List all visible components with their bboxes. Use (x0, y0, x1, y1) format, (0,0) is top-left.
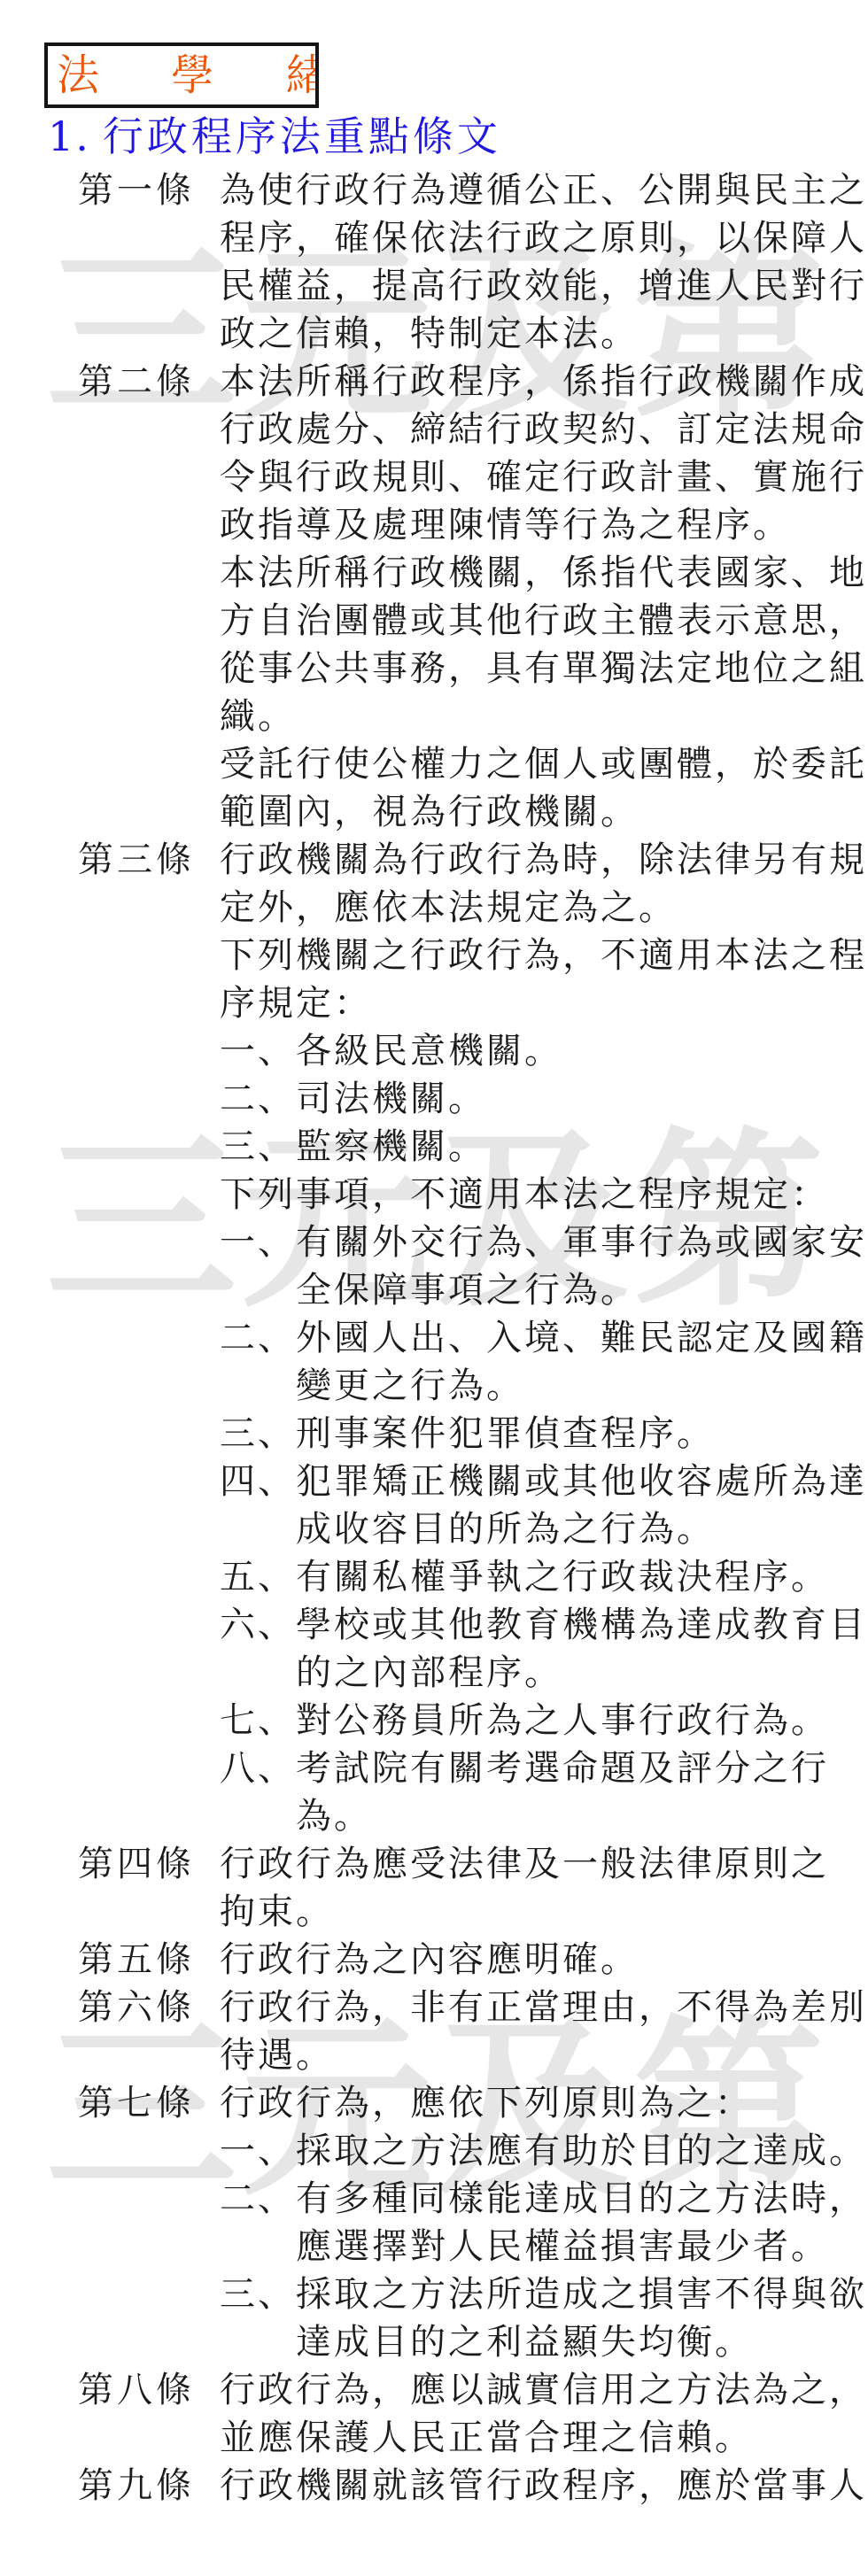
article-text: 程序，確保依法行政之原則，以保障人 (220, 214, 867, 262)
document-line: 應選擇對人民權益損害最少者。 (0, 2223, 868, 2270)
document-line: 第四條行政行為應受法律及一般法律原則之 (0, 1840, 868, 1888)
document-line: 本法所稱行政機關，係指代表國家、地 (0, 549, 868, 597)
article-text: 下列機關之行政行為，不適用本法之程 (220, 932, 867, 979)
article-number: 第四條 (78, 1840, 195, 1888)
page-title: 法 學 緒 論 (48, 46, 315, 104)
document-line: 方自治團體或其他行政主體表示意思， (0, 597, 868, 645)
document-line: 定外，應依本法規定為之。 (0, 884, 868, 932)
document-line: 政指導及處理陳情等行為之程序。 (0, 501, 868, 549)
article-text: 的之內部程序。 (296, 1649, 562, 1697)
document-line: 二、司法機關。 (0, 1075, 868, 1123)
article-number: 第一條 (78, 166, 195, 214)
article-text: 行政機關就該管行政程序，應於當事人 (220, 2462, 867, 2510)
article-text: 三、監察機關。 (220, 1123, 486, 1171)
document-line: 織。 (0, 692, 868, 740)
article-text: 定外，應依本法規定為之。 (220, 884, 677, 932)
document-content: 法 學 緒 論 1.行政程序法重點條文 第一條為使行政行為遵循公正、公開與民主之… (0, 0, 868, 2576)
article-text: 行政處分、締結行政契約、訂定法規命 (220, 406, 867, 453)
article-text: 行政行為應受法律及一般法律原則之 (220, 1840, 829, 1888)
article-text: 行政行為，應依下列原則為之： (220, 2079, 753, 2127)
document-line: 序規定： (0, 979, 868, 1027)
article-text: 待遇。 (220, 2031, 334, 2079)
document-line: 第五條行政行為之內容應明確。 (0, 1936, 868, 1984)
article-text: 並應保護人民正當合理之信賴。 (220, 2414, 753, 2462)
article-text: 從事公共事務，具有單獨法定地位之組 (220, 645, 867, 692)
document-line: 第一條為使行政行為遵循公正、公開與民主之 (0, 166, 868, 214)
document-line: 令與行政規則、確定行政計畫、實施行 (0, 453, 868, 501)
scanned-document-page: 三元及第三元及第三元及第 法 學 緒 論 1.行政程序法重點條文 第一條為使行政… (0, 0, 868, 2576)
document-line: 從事公共事務，具有單獨法定地位之組 (0, 645, 868, 692)
article-text: 三、刑事案件犯罪偵查程序。 (220, 1410, 715, 1458)
article-lines: 第一條為使行政行為遵循公正、公開與民主之程序，確保依法行政之原則，以保障人民權益… (0, 166, 868, 2510)
article-number: 第五條 (78, 1936, 195, 1984)
article-text: 一、有關外交行為、軍事行為或國家安 (220, 1218, 867, 1266)
article-text: 變更之行為。 (296, 1362, 524, 1410)
article-text: 行政行為之內容應明確。 (220, 1936, 639, 1984)
document-line: 受託行使公權力之個人或團體，於委託 (0, 740, 868, 788)
article-text: 令與行政規則、確定行政計畫、實施行 (220, 453, 867, 501)
document-line: 全保障事項之行為。 (0, 1266, 868, 1314)
document-line: 第二條本法所稱行政程序，係指行政機關作成 (0, 358, 868, 406)
document-line: 民權益，提高行政效能，增進人民對行 (0, 262, 868, 310)
article-text: 拘束。 (220, 1888, 334, 1936)
document-line: 一、有關外交行為、軍事行為或國家安 (0, 1218, 868, 1266)
article-number: 第二條 (78, 358, 195, 406)
article-text: 七、對公務員所為之人事行政行為。 (220, 1697, 829, 1744)
article-text: 三、採取之方法所造成之損害不得與欲 (220, 2270, 867, 2318)
article-number: 第六條 (78, 1984, 195, 2031)
document-line: 第三條行政機關為行政行為時，除法律另有規 (0, 836, 868, 884)
article-text: 行政行為，應以誠實信用之方法為之， (220, 2366, 867, 2414)
section-number: 1. (48, 112, 90, 160)
document-line: 下列事項，不適用本法之程序規定： (0, 1171, 868, 1218)
document-line: 第七條行政行為，應依下列原則為之： (0, 2079, 868, 2127)
article-text: 一、各級民意機關。 (220, 1027, 562, 1075)
article-text: 政指導及處理陳情等行為之程序。 (220, 501, 791, 549)
document-line: 待遇。 (0, 2031, 868, 2079)
document-line: 三、採取之方法所造成之損害不得與欲 (0, 2270, 868, 2318)
document-line: 四、犯罪矯正機關或其他收容處所為達 (0, 1458, 868, 1505)
article-text: 範圍內，視為行政機關。 (220, 788, 639, 836)
article-text: 方自治團體或其他行政主體表示意思， (220, 597, 867, 645)
article-number: 第八條 (78, 2366, 195, 2414)
article-text: 四、犯罪矯正機關或其他收容處所為達 (220, 1458, 867, 1505)
section-heading: 1.行政程序法重點條文 (48, 112, 501, 161)
article-text: 為。 (296, 1792, 372, 1840)
document-line: 變更之行為。 (0, 1362, 868, 1410)
document-line: 為。 (0, 1792, 868, 1840)
article-text: 應選擇對人民權益損害最少者。 (296, 2223, 829, 2270)
article-number: 第三條 (78, 836, 195, 884)
document-line: 下列機關之行政行為，不適用本法之程 (0, 932, 868, 979)
document-line: 一、各級民意機關。 (0, 1027, 868, 1075)
document-line: 二、外國人出、入境、難民認定及國籍 (0, 1314, 868, 1362)
article-text: 五、有關私權爭執之行政裁決程序。 (220, 1553, 829, 1601)
document-line: 行政處分、締結行政契約、訂定法規命 (0, 406, 868, 453)
article-text: 民權益，提高行政效能，增進人民對行 (220, 262, 867, 310)
document-line: 的之內部程序。 (0, 1649, 868, 1697)
document-line: 第六條行政行為，非有正當理由，不得為差別 (0, 1984, 868, 2031)
article-text: 行政行為，非有正當理由，不得為差別 (220, 1984, 867, 2031)
document-line: 政之信賴，特制定本法。 (0, 310, 868, 358)
article-text: 成收容目的所為之行為。 (296, 1505, 715, 1553)
article-number: 第七條 (78, 2079, 195, 2127)
document-line: 並應保護人民正當合理之信賴。 (0, 2414, 868, 2462)
document-line: 達成目的之利益顯失均衡。 (0, 2318, 868, 2366)
document-line: 範圍內，視為行政機關。 (0, 788, 868, 836)
article-text: 一、採取之方法應有助於目的之達成。 (220, 2127, 867, 2175)
article-text: 六、學校或其他教育機構為達成教育目 (220, 1601, 867, 1649)
document-line: 成收容目的所為之行為。 (0, 1505, 868, 1553)
article-text: 二、外國人出、入境、難民認定及國籍 (220, 1314, 867, 1362)
document-line: 三、刑事案件犯罪偵查程序。 (0, 1410, 868, 1458)
article-text: 本法所稱行政機關，係指代表國家、地 (220, 549, 867, 597)
document-line: 一、採取之方法應有助於目的之達成。 (0, 2127, 868, 2175)
article-text: 八、考試院有關考選命題及評分之行 (220, 1744, 829, 1792)
section-title: 行政程序法重點條文 (103, 112, 501, 160)
article-text: 序規定： (220, 979, 372, 1027)
document-line: 二、有多種同樣能達成目的之方法時， (0, 2175, 868, 2223)
document-line: 八、考試院有關考選命題及評分之行 (0, 1744, 868, 1792)
article-text: 織。 (220, 692, 296, 740)
document-line: 程序，確保依法行政之原則，以保障人 (0, 214, 868, 262)
article-text: 二、有多種同樣能達成目的之方法時， (220, 2175, 867, 2223)
document-line: 第八條行政行為，應以誠實信用之方法為之， (0, 2366, 868, 2414)
title-box: 法 學 緒 論 (44, 43, 319, 108)
article-text: 全保障事項之行為。 (296, 1266, 639, 1314)
article-number: 第九條 (78, 2462, 195, 2510)
document-line: 第九條行政機關就該管行政程序，應於當事人 (0, 2462, 868, 2510)
document-line: 六、學校或其他教育機構為達成教育目 (0, 1601, 868, 1649)
document-line: 五、有關私權爭執之行政裁決程序。 (0, 1553, 868, 1601)
article-text: 為使行政行為遵循公正、公開與民主之 (220, 166, 867, 214)
article-text: 達成目的之利益顯失均衡。 (296, 2318, 753, 2366)
document-line: 七、對公務員所為之人事行政行為。 (0, 1697, 868, 1744)
article-text: 受託行使公權力之個人或團體，於委託 (220, 740, 867, 788)
document-line: 三、監察機關。 (0, 1123, 868, 1171)
article-text: 二、司法機關。 (220, 1075, 486, 1123)
document-line: 拘束。 (0, 1888, 868, 1936)
article-text: 本法所稱行政程序，係指行政機關作成 (220, 358, 867, 406)
article-text: 行政機關為行政行為時，除法律另有規 (220, 836, 867, 884)
article-text: 下列事項，不適用本法之程序規定： (220, 1171, 829, 1218)
article-text: 政之信賴，特制定本法。 (220, 310, 639, 358)
